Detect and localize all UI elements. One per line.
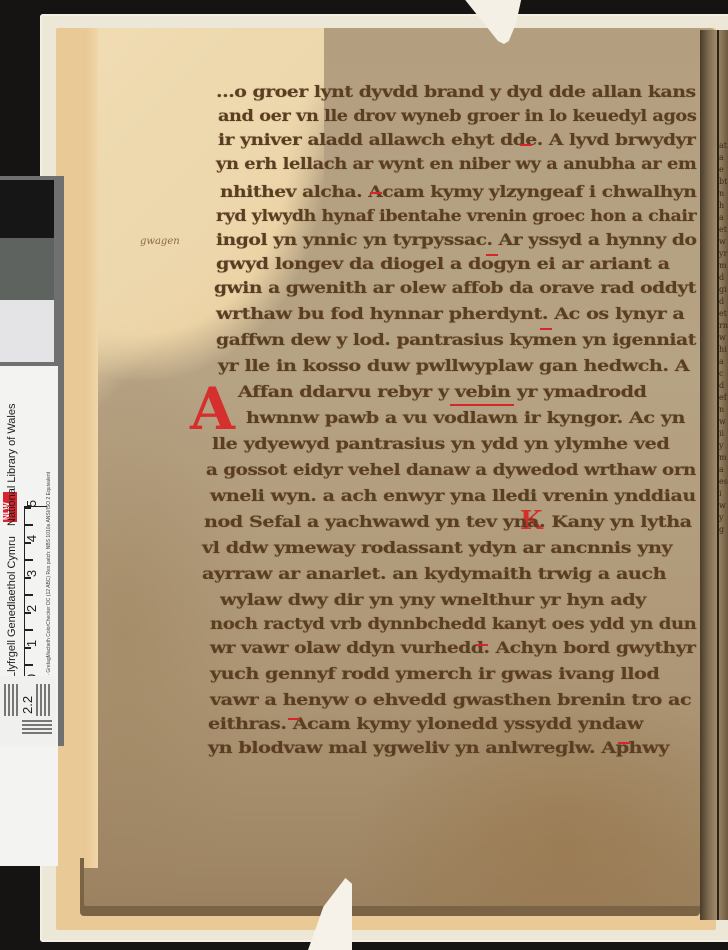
- rubricated-initial-a: A: [190, 378, 240, 440]
- ruler-label-4: 4: [24, 535, 39, 542]
- target-fine-print: Patch 1105 · GretagMacbeth ColorChecker …: [46, 472, 52, 702]
- rubric-cancellation-stroke: [450, 404, 514, 406]
- facing-page-text: ataebtnhaetwyrmdgidetrnwhiacdefnwiiymaes…: [719, 140, 728, 780]
- text-line: ingol yn ynnic yn tyrpyssac. Ar yssyd a …: [216, 230, 697, 249]
- scale-card: Llyfrgell Genedlaethol Cymru NLW Nationa…: [0, 366, 58, 866]
- density-bars: [4, 684, 18, 716]
- text-line: and oer vn lle drov wyneb groer in lo ke…: [218, 106, 696, 125]
- text-line: ryd ylwydh hynaf ibentahe vrenin groec h…: [216, 206, 696, 225]
- ruler-tick: [25, 612, 31, 614]
- cm-ruler: [24, 506, 47, 684]
- density-bars: [22, 720, 52, 734]
- ruler-label-1: 1: [24, 640, 39, 647]
- swatch-grey: [0, 238, 54, 300]
- ruler-tick: [25, 542, 31, 544]
- ruler-tick: [25, 524, 33, 526]
- text-line: yr lle in kosso duw pwllwyplaw gan hedwc…: [218, 356, 689, 375]
- text-line: yuch gennyf rodd ymerch ir gwas ivang ll…: [210, 664, 659, 683]
- text-line: yn blodvaw mal ygweliv yn anlwreglw. Aph…: [208, 738, 669, 757]
- ruler-tick: [25, 507, 31, 509]
- ruler-tick: [25, 629, 33, 631]
- text-line: wylaw dwy dir yn yny wnelthur yr hyn ady: [220, 590, 646, 609]
- margin-note: gwagen: [140, 236, 180, 247]
- rubric-paraph-mark: [618, 742, 630, 744]
- text-line: ayrraw ar anarlet. an kydymaith trwig a …: [202, 564, 666, 583]
- ruler-tick: [25, 664, 33, 666]
- text-line: vl ddw ymeway rodassant ydyn ar ancnnis …: [202, 538, 672, 557]
- text-line: eithras. Acam kymy ylonedd yssydd yndaw: [208, 714, 643, 733]
- rubric-paraph-mark: [540, 328, 552, 330]
- text-line: ir yniver aladd allawch ehyt dde. A lyvd…: [218, 130, 695, 149]
- rubric-paraph-mark: [520, 144, 532, 146]
- text-line: Affan ddarvu rebyr y vebin yr ymadrodd: [238, 382, 646, 401]
- rubric-paraph-mark: [288, 718, 300, 720]
- ruler-tick: [25, 647, 31, 649]
- rubric-paraph-mark: [370, 192, 382, 194]
- text-line: lle ydyewyd pantrasius yn ydd yn ylymhe …: [212, 434, 669, 453]
- rubric-paraph-mark: [476, 644, 488, 646]
- text-line: a gossot eidyr vehel danaw a dywedod wrt…: [206, 460, 696, 479]
- ruler-label-3: 3: [24, 570, 39, 577]
- text-line: wr vawr olaw ddyn vurhedd. Achyn bord gw…: [210, 638, 696, 657]
- swatch-black: [0, 180, 54, 238]
- ruler-tick: [25, 577, 31, 579]
- ruler-label-5: 5: [24, 500, 39, 507]
- text-line: gaffwn dew y lod. pantrasius kymen yn ig…: [216, 330, 696, 349]
- color-target: Llyfrgell Genedlaethol Cymru NLW Nationa…: [0, 176, 64, 746]
- density-bars: [36, 684, 52, 716]
- text-line: ...o groer lynt dyvdd brand y dyd dde al…: [216, 82, 696, 101]
- institution-welsh-label: Llyfrgell Genedlaethol Cymru: [6, 536, 18, 678]
- page-left-edge: [84, 28, 98, 868]
- text-line: yn erh lellach ar wynt en niber wy a anu…: [216, 154, 696, 173]
- institution-english-label: National Library of Wales: [6, 404, 18, 526]
- text-line: nod Sefal a yachwawd yn tev yna. Kany yn…: [204, 512, 692, 531]
- ruler-tick: [25, 559, 33, 561]
- text-line: gwin a gwenith ar olew affob da orave ra…: [214, 278, 696, 297]
- text-line: noch ractyd vrb dynnbchedd kanyt oes ydd…: [210, 614, 696, 633]
- rubric-paraph-mark: [486, 254, 498, 256]
- swatch-white: [0, 300, 54, 362]
- text-line: vawr a henyw o ehvedd gwasthen brenin tr…: [210, 690, 691, 709]
- ruler-label-2: 2: [24, 605, 39, 612]
- density-label: 2.2: [20, 696, 35, 714]
- text-line: wrthaw bu fod hynnar pherdynt. Ac os lyn…: [216, 304, 684, 323]
- text-line: nhithev alcha. Acam kymy ylzyngeaf i chw…: [220, 182, 696, 201]
- density-barcode-card: 2.2: [0, 676, 56, 746]
- text-line: hwnnw pawb a vu vodlawn ir kyngor. Ac yn: [246, 408, 685, 427]
- ruler-tick: [25, 594, 33, 596]
- text-line: gwyd longev da diogel a dogyn ei ar aria…: [216, 254, 670, 273]
- text-line: wneli wyn. a ach enwyr yna lledi vrenin …: [210, 486, 696, 505]
